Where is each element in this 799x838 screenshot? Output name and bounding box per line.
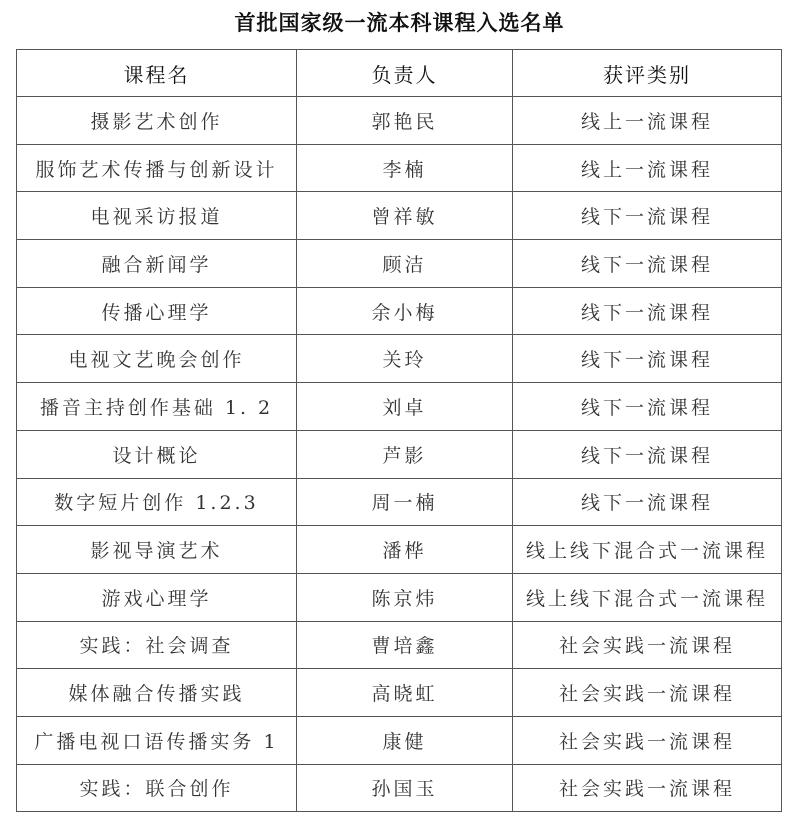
table-row: 数字短片创作 1.2.3 周一楠 线下一流课程 — [17, 478, 782, 526]
table-row: 影视导演艺术 潘桦 线上线下混合式一流课程 — [17, 526, 782, 574]
cell-category: 社会实践一流课程 — [513, 764, 782, 812]
cell-category: 线上线下混合式一流课程 — [513, 526, 782, 574]
table-row: 设计概论 芦影 线下一流课程 — [17, 430, 782, 478]
cell-lead: 余小梅 — [297, 287, 513, 335]
cell-category: 线下一流课程 — [513, 192, 782, 240]
cell-lead: 周一楠 — [297, 478, 513, 526]
cell-lead: 顾洁 — [297, 240, 513, 288]
cell-lead: 关玲 — [297, 335, 513, 383]
cell-lead: 曾祥敏 — [297, 192, 513, 240]
table-row: 媒体融合传播实践 高晓虹 社会实践一流课程 — [17, 669, 782, 717]
cell-category: 线下一流课程 — [513, 335, 782, 383]
cell-course-name: 游戏心理学 — [17, 573, 297, 621]
cell-lead: 郭艳民 — [297, 97, 513, 145]
cell-course-name: 媒体融合传播实践 — [17, 669, 297, 717]
cell-course-name: 影视导演艺术 — [17, 526, 297, 574]
column-header-category: 获评类别 — [513, 50, 782, 97]
cell-course-name: 数字短片创作 1.2.3 — [17, 478, 297, 526]
cell-category: 社会实践一流课程 — [513, 669, 782, 717]
table-row: 游戏心理学 陈京炜 线上线下混合式一流课程 — [17, 573, 782, 621]
cell-course-name: 实践：社会调查 — [17, 621, 297, 669]
cell-category: 社会实践一流课程 — [513, 716, 782, 764]
cell-course-name: 摄影艺术创作 — [17, 97, 297, 145]
cell-lead: 芦影 — [297, 430, 513, 478]
cell-category: 线下一流课程 — [513, 478, 782, 526]
document-title: 首批国家级一流本科课程入选名单 — [0, 8, 799, 38]
cell-course-name: 电视文艺晚会创作 — [17, 335, 297, 383]
cell-lead: 李楠 — [297, 144, 513, 192]
cell-category: 线下一流课程 — [513, 430, 782, 478]
cell-lead: 孙国玉 — [297, 764, 513, 812]
table-row: 融合新闻学 顾洁 线下一流课程 — [17, 240, 782, 288]
column-header-course-name: 课程名 — [17, 50, 297, 97]
cell-category: 线下一流课程 — [513, 240, 782, 288]
table-row: 摄影艺术创作 郭艳民 线上一流课程 — [17, 97, 782, 145]
cell-category: 线下一流课程 — [513, 287, 782, 335]
cell-course-name: 设计概论 — [17, 430, 297, 478]
cell-course-name: 电视采访报道 — [17, 192, 297, 240]
table-row: 实践：联合创作 孙国玉 社会实践一流课程 — [17, 764, 782, 812]
cell-category: 社会实践一流课程 — [513, 621, 782, 669]
cell-category: 线上线下混合式一流课程 — [513, 573, 782, 621]
table-row: 电视采访报道 曾祥敏 线下一流课程 — [17, 192, 782, 240]
table-row: 实践：社会调查 曹培鑫 社会实践一流课程 — [17, 621, 782, 669]
table-header-row: 课程名 负责人 获评类别 — [17, 50, 782, 97]
cell-category: 线上一流课程 — [513, 97, 782, 145]
cell-category: 线下一流课程 — [513, 383, 782, 431]
cell-lead: 高晓虹 — [297, 669, 513, 717]
cell-course-name: 传播心理学 — [17, 287, 297, 335]
cell-course-name: 服饰艺术传播与创新设计 — [17, 144, 297, 192]
cell-lead: 刘卓 — [297, 383, 513, 431]
column-header-lead: 负责人 — [297, 50, 513, 97]
cell-course-name: 播音主持创作基础 1. 2 — [17, 383, 297, 431]
cell-lead: 曹培鑫 — [297, 621, 513, 669]
course-table: 课程名 负责人 获评类别 摄影艺术创作 郭艳民 线上一流课程 服饰艺术传播与创新… — [16, 49, 782, 812]
cell-category: 线上一流课程 — [513, 144, 782, 192]
cell-lead: 潘桦 — [297, 526, 513, 574]
cell-course-name: 广播电视口语传播实务 1 — [17, 716, 297, 764]
cell-course-name: 实践：联合创作 — [17, 764, 297, 812]
cell-lead: 康健 — [297, 716, 513, 764]
table-row: 传播心理学 余小梅 线下一流课程 — [17, 287, 782, 335]
table-row: 播音主持创作基础 1. 2 刘卓 线下一流课程 — [17, 383, 782, 431]
table-row: 广播电视口语传播实务 1 康健 社会实践一流课程 — [17, 716, 782, 764]
cell-lead: 陈京炜 — [297, 573, 513, 621]
table-row: 服饰艺术传播与创新设计 李楠 线上一流课程 — [17, 144, 782, 192]
cell-course-name: 融合新闻学 — [17, 240, 297, 288]
table-row: 电视文艺晚会创作 关玲 线下一流课程 — [17, 335, 782, 383]
